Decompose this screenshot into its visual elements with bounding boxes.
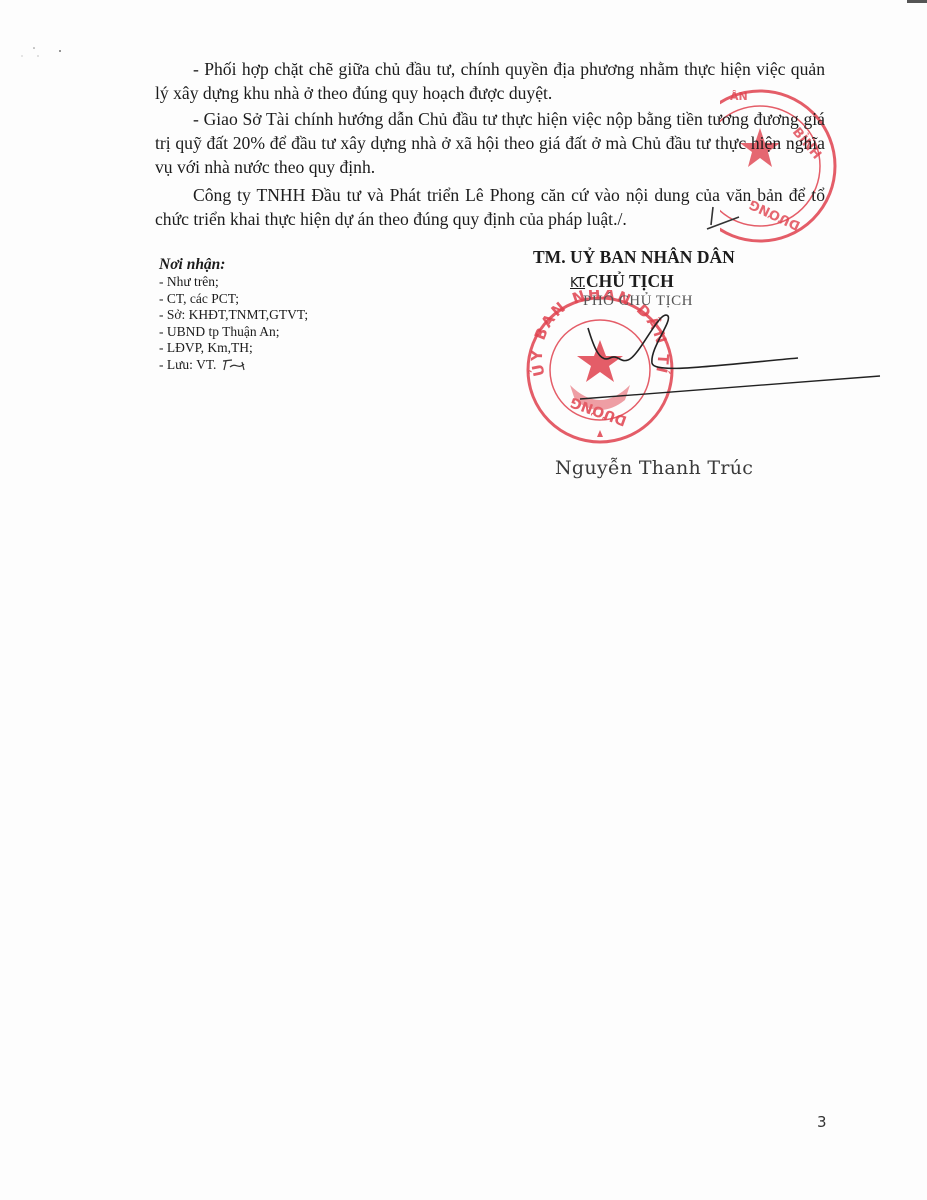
signing-organization: TM. UỶ BAN NHÂN DÂN — [533, 247, 735, 268]
recipient-item: - UBND tp Thuận An; — [159, 324, 308, 341]
recipients-heading: Nơi nhận: — [159, 255, 308, 274]
signer-name: Nguyễn Thanh Trúc — [555, 457, 753, 479]
scan-noise — [18, 44, 78, 64]
recipients-list: Nơi nhận: - Như trên; - CT, các PCT; - S… — [159, 255, 308, 373]
recipient-item: - Lưu: VT. — [159, 357, 308, 374]
recipient-item: - LĐVP, Km,TH; — [159, 340, 308, 357]
page-number: 3 — [817, 1113, 827, 1131]
recipient-item: - Như trên; — [159, 274, 308, 291]
paragraph-coordination: - Phối hợp chặt chẽ giữa chủ đầu tư, chí… — [155, 57, 825, 105]
kt-mark: KT. — [570, 276, 585, 291]
handwritten-signature — [580, 308, 890, 418]
recipient-item: - CT, các PCT; — [159, 291, 308, 308]
signing-position: KT.CHỦ TỊCH — [570, 271, 674, 292]
initial-mark — [705, 203, 745, 233]
recipient-item: - Sở: KHĐT,TNMT,GTVT; — [159, 307, 308, 324]
paragraph-finance-department: - Giao Sở Tài chính hướng dẫn Chủ đầu tư… — [155, 107, 825, 179]
handwritten-initial-icon — [220, 358, 250, 372]
scan-edge-mark — [907, 0, 927, 3]
